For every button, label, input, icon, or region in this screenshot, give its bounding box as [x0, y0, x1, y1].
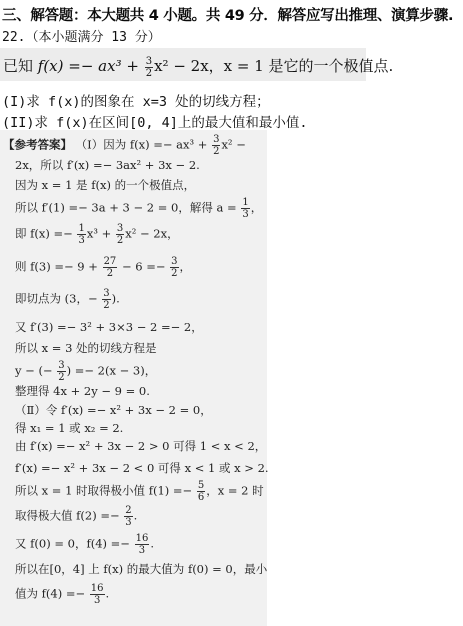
- given-function: f(x) =− ax³ +: [38, 57, 144, 75]
- answer-line: 得 x₁ = 1 或 x₂ = 2.: [15, 420, 123, 436]
- answer-line: 所以在[0，4] 上 f(x) 的最大值为 f(0) = 0，最小: [15, 561, 267, 577]
- given-rest: x² − 2x，x = 1 是它的一个极值点.: [154, 57, 393, 75]
- answer-line: 即 f(x) =− 13x³ + 32x² − 2x，: [15, 223, 179, 246]
- question-number: 22.（本小题满分 13 分）: [2, 26, 161, 45]
- answer-line: y − (− 32) =− 2(x − 3)，: [15, 360, 156, 383]
- answer-line: 取得极大值 f(2) =− 23.: [15, 505, 137, 528]
- given-statement-image: 已知 f(x) =− ax³ + 32x² − 2x，x = 1 是它的一个极值…: [0, 48, 366, 81]
- answer-line: 则 f(3) =− 9 + 272 − 6 =− 32，: [15, 256, 191, 279]
- answer-line: 整理得 4x + 2y − 9 = 0.: [15, 383, 150, 399]
- answer-line: 所以 f′(1) =− 3a + 3 − 2 = 0，解得 a = 13，: [15, 197, 262, 220]
- given-statement: 已知 f(x) =− ax³ + 32x² − 2x，x = 1 是它的一个极值…: [3, 55, 393, 79]
- answer-line: 又 f′(3) =− 3² + 3×3 − 2 =− 2，: [15, 319, 203, 335]
- answer-tag: 【参考答案】: [3, 138, 72, 152]
- section-header: 三、解答题：本大题共 4 小题。共 49 分．解答应写出推理、演算步骤.: [2, 4, 462, 25]
- answer-line: 因为 x = 1 是 f(x) 的一个极值点，: [15, 177, 195, 193]
- answer-line: 由 f′(x) =− x² + 3x − 2 > 0 可得 1 < x < 2，: [15, 438, 266, 454]
- answer-line: 即切点为 (3，− 32).: [15, 288, 120, 311]
- part-2-question: (II)求 f(x)在区间[0, 4]上的最大值和最小值.: [2, 111, 308, 131]
- answer-line: 2x，所以 f′(x) =− 3ax² + 3x − 2.: [15, 157, 200, 173]
- answer-line: f′(x) =− x² + 3x − 2 < 0 可得 x < 1 或 x > …: [15, 460, 269, 476]
- answer-line: （Ⅱ）令 f′(x) =− x² + 3x − 2 = 0，: [15, 402, 212, 418]
- answer-line: 所以 x = 3 处的切线方程是: [15, 340, 157, 356]
- answer-line: 【参考答案】 （Ⅰ）因为 f(x) =− ax³ + 32x² −: [3, 134, 246, 157]
- fraction: 32: [145, 56, 153, 79]
- part-1-question: (I)求 f(x)的图象在 x=3 处的切线方程；: [2, 90, 270, 110]
- answer-line: 值为 f(4) =− 163.: [15, 583, 109, 606]
- answer-line: 又 f(0) = 0，f(4) =− 163.: [15, 533, 154, 556]
- answer-scan: 【参考答案】 （Ⅰ）因为 f(x) =− ax³ + 32x² − 2x，所以 …: [0, 130, 267, 626]
- given-prefix: 已知: [3, 57, 38, 75]
- answer-line: 所以 x = 1 时取得极小值 f(1) =− 56，x = 2 时: [15, 480, 264, 503]
